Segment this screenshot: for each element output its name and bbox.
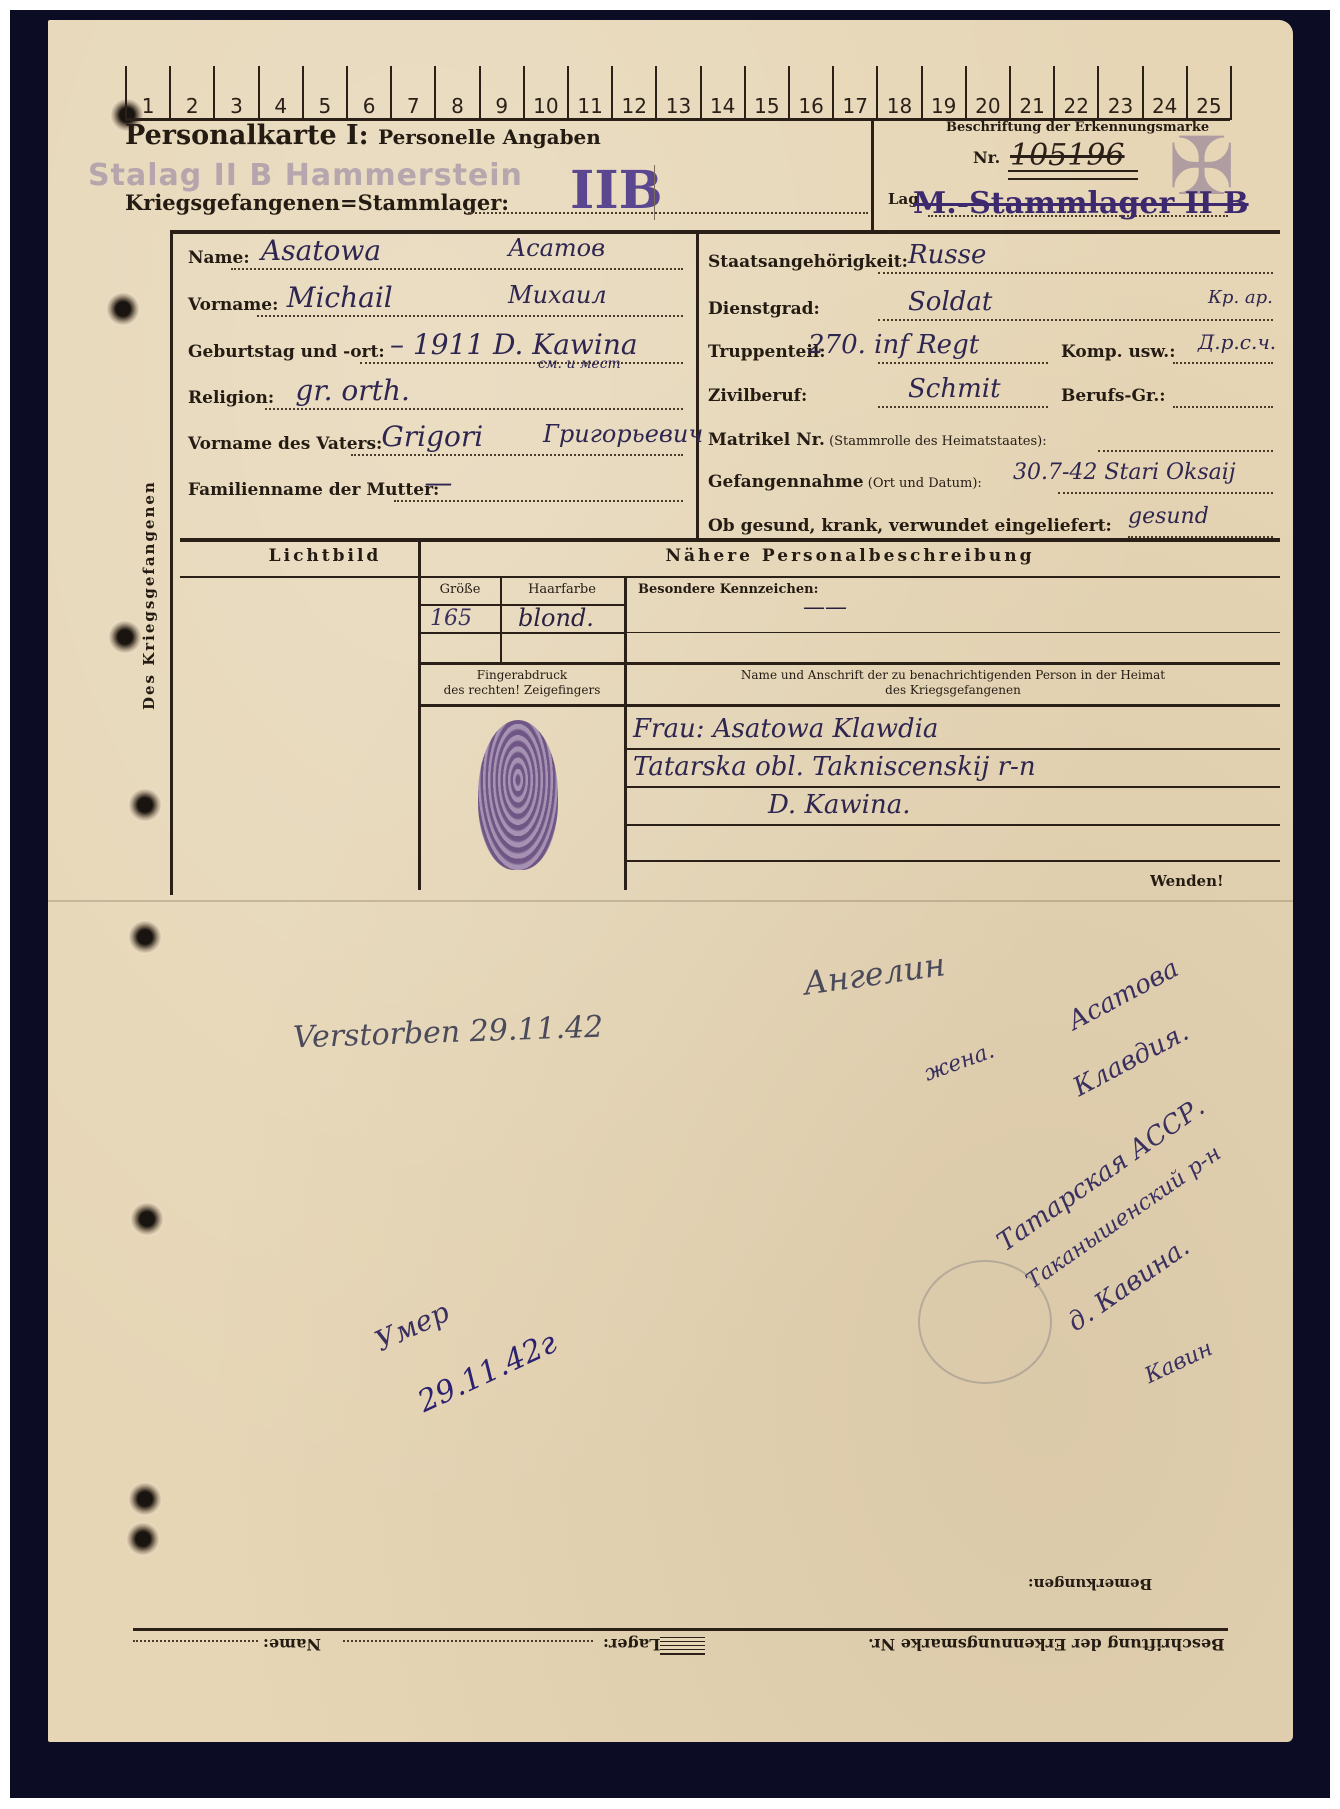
left-field-label: Religion: bbox=[188, 388, 274, 408]
right-field-value: Schmit bbox=[908, 374, 1001, 404]
left-field-line bbox=[257, 315, 683, 317]
ruler-cell-12: 12 bbox=[611, 66, 655, 120]
right-field-label-2: Komp. usw.: bbox=[1061, 342, 1176, 362]
ruler-cell-4: 4 bbox=[258, 66, 302, 120]
note-relative-line: жена. bbox=[921, 1038, 998, 1086]
right-field-line-2 bbox=[1173, 406, 1273, 408]
contact-rule bbox=[626, 824, 1280, 826]
ruler-cell-7: 7 bbox=[390, 66, 434, 120]
punch-hole bbox=[126, 1522, 160, 1556]
lower-grid-top bbox=[180, 538, 1280, 542]
tag-strike-line bbox=[1008, 170, 1138, 172]
tag-nr-value: 105196 bbox=[1010, 138, 1125, 173]
description-header: Nähere Personalbeschreibung bbox=[420, 546, 1280, 566]
personnel-card: 1234567891011121314151617181920212223242… bbox=[48, 20, 1293, 1742]
right-field-line bbox=[878, 362, 1048, 364]
fold-crease bbox=[48, 900, 1293, 902]
fingerprint-label-line: des rechten! Zeigefingers bbox=[420, 683, 624, 698]
camp-field-line bbox=[468, 212, 868, 214]
left-field-note: см. и мест bbox=[538, 356, 621, 372]
card-subtitle: Personelle Angaben bbox=[378, 125, 601, 149]
punch-hole bbox=[128, 1482, 162, 1516]
left-field-line bbox=[231, 268, 683, 270]
camp-label: Kriegsgefangenen=Stammlager: bbox=[125, 190, 509, 215]
ruler-cell-19: 19 bbox=[921, 66, 965, 120]
main-box-left bbox=[170, 230, 173, 895]
marks-value: —— bbox=[803, 595, 847, 620]
fingerprint-image bbox=[478, 720, 558, 870]
photo-header-line bbox=[180, 576, 420, 578]
lager-line-upside-down bbox=[343, 1640, 593, 1642]
left-field-value-cyrillic: Асатов bbox=[508, 234, 605, 262]
contact-label-line: des Kriegsgefangenen bbox=[626, 683, 1280, 698]
ruler-cell-6: 6 bbox=[346, 66, 390, 120]
right-field-label: Zivilberuf: bbox=[708, 386, 807, 406]
main-box-middle bbox=[696, 230, 699, 542]
grid-lower-line bbox=[420, 704, 1280, 707]
tag-strike-line bbox=[1008, 178, 1138, 180]
ruler-cell-8: 8 bbox=[434, 66, 478, 120]
right-field-line bbox=[878, 319, 1273, 321]
right-field-label: Staatsangehörigkeit: bbox=[708, 252, 908, 272]
marks-divider bbox=[624, 578, 627, 890]
tag-nr-label: Nr. bbox=[973, 148, 1000, 167]
contact-label-line: Name und Anschrift der zu benachrichtige… bbox=[626, 668, 1280, 683]
contact-label: Name und Anschrift der zu benachrichtige… bbox=[626, 668, 1280, 698]
card-title-text: Personalkarte I: bbox=[125, 120, 369, 151]
right-field-label-text: Ob gesund, krank, verwundet eingeliefert… bbox=[708, 516, 1112, 536]
punch-hole bbox=[128, 788, 162, 822]
side-label: Des Kriegsgefangenen bbox=[140, 480, 158, 710]
fingerprint-label: Fingerabdruck des rechten! Zeigefingers bbox=[420, 668, 624, 698]
contact-line-value: Tatarska obl. Takniscenskij r-n bbox=[633, 752, 1036, 782]
left-field-value-cyrillic: Григорьевич bbox=[543, 420, 703, 448]
turn-label: Wenden! bbox=[1150, 872, 1224, 890]
left-field-value: Michail bbox=[287, 281, 393, 314]
measure-row-line bbox=[420, 632, 624, 634]
right-field-line bbox=[1098, 450, 1273, 452]
right-field-label: Dienstgrad: bbox=[708, 299, 820, 319]
marks-label: Besondere Kennzeichen: bbox=[638, 582, 818, 597]
ruler-cell-23: 23 bbox=[1097, 66, 1141, 120]
ruler-cell-22: 22 bbox=[1053, 66, 1097, 120]
right-field-line-2 bbox=[1173, 362, 1273, 364]
bottom-rule bbox=[133, 1628, 1228, 1631]
hair-label: Haarfarbe bbox=[500, 582, 624, 597]
left-field-value: Asatowa bbox=[261, 234, 381, 267]
note-died-date: 29.11.42г bbox=[413, 1325, 563, 1420]
height-label: Größe bbox=[420, 582, 500, 597]
contact-rule bbox=[626, 786, 1280, 788]
punch-hole bbox=[128, 920, 162, 954]
right-field-value: 270. inf Regt bbox=[808, 330, 979, 360]
ruler-cell-11: 11 bbox=[567, 66, 611, 120]
right-field-label-small: (Stammrolle des Heimatstaates): bbox=[825, 434, 1047, 449]
left-field-label: Geburtstag und -ort: bbox=[188, 342, 385, 362]
grid-mid-line bbox=[420, 662, 1280, 665]
note-died: Умер bbox=[370, 1295, 455, 1358]
left-field-label: Vorname: bbox=[188, 295, 278, 315]
ruler-cell-17: 17 bbox=[832, 66, 876, 120]
right-field-label-small: (Ort und Datum): bbox=[864, 476, 982, 491]
left-field-line bbox=[265, 408, 683, 410]
name-label-upside-down: Name: bbox=[263, 1635, 321, 1654]
left-field-value: — bbox=[424, 466, 452, 499]
right-field-label-text: Zivilberuf: bbox=[708, 386, 807, 406]
ruler-cell-24: 24 bbox=[1142, 66, 1186, 120]
left-field-value-cyrillic: Михаил bbox=[508, 281, 607, 309]
fingerprint-label-line: Fingerabdruck bbox=[420, 668, 624, 683]
right-field-label-text: Matrikel Nr. bbox=[708, 430, 825, 450]
name-line-upside-down bbox=[133, 1640, 258, 1642]
hair-value: blond. bbox=[518, 604, 594, 632]
right-field-label-text: Staatsangehörigkeit: bbox=[708, 252, 908, 272]
ruler-end bbox=[1230, 66, 1232, 120]
right-field-line bbox=[878, 406, 1048, 408]
left-field-line bbox=[360, 362, 683, 364]
measure-divider bbox=[500, 578, 502, 664]
contact-line-value: D. Kawina. bbox=[768, 790, 910, 820]
left-field-label: Vorname des Vaters: bbox=[188, 434, 382, 454]
ruler-cell-18: 18 bbox=[876, 66, 920, 120]
ruler-cell-15: 15 bbox=[744, 66, 788, 120]
right-field-value: Soldat bbox=[908, 287, 992, 317]
ruler-cell-14: 14 bbox=[700, 66, 744, 120]
right-field-label: Ob gesund, krank, verwundet eingeliefert… bbox=[708, 516, 1112, 536]
right-field-note: Кр. ар. bbox=[1208, 287, 1273, 308]
note-relative-line: Кавин bbox=[1141, 1336, 1216, 1389]
ruler-cell-10: 10 bbox=[523, 66, 567, 120]
lager-lines-upside-down bbox=[660, 1637, 705, 1655]
height-value: 165 bbox=[430, 606, 472, 631]
description-header-line bbox=[420, 576, 1280, 578]
right-field-value: 30.7-42 Stari Oksaij bbox=[1013, 460, 1236, 485]
contact-line-value: Frau: Asatowa Klawdia bbox=[633, 714, 938, 744]
right-field-line bbox=[1058, 492, 1273, 494]
right-field-value-2: Д.р.с.ч. bbox=[1198, 330, 1276, 354]
left-field-value: gr. orth. bbox=[295, 374, 409, 407]
right-field-line bbox=[878, 272, 1273, 274]
ruler-cell-1: 1 bbox=[125, 66, 169, 120]
left-field-label: Name: bbox=[188, 248, 250, 268]
right-field-label-text: Dienstgrad: bbox=[708, 299, 820, 319]
punch-hole bbox=[106, 292, 140, 326]
right-field-label: Matrikel Nr. (Stammrolle des Heimatstaat… bbox=[708, 430, 1047, 450]
note-deceased: Verstorben 29.11.42 bbox=[292, 1010, 603, 1056]
right-field-value: Russe bbox=[908, 240, 986, 270]
left-field-label: Familienname der Mutter: bbox=[188, 480, 439, 500]
lager-label-upside-down: Lager: bbox=[603, 1635, 660, 1654]
punch-hole bbox=[108, 620, 142, 654]
ruler-cell-5: 5 bbox=[302, 66, 346, 120]
right-field-label-text: Gefangennahme bbox=[708, 472, 864, 492]
ruler-cell-16: 16 bbox=[788, 66, 832, 120]
ruler-cell-3: 3 bbox=[213, 66, 257, 120]
ruler-cell-20: 20 bbox=[965, 66, 1009, 120]
header-divider bbox=[871, 118, 874, 230]
ruler-cell-2: 2 bbox=[169, 66, 213, 120]
note-signature: Ангелин bbox=[801, 945, 947, 1002]
card-title: Personalkarte I: Personelle Angaben bbox=[125, 120, 601, 151]
right-field-value: gesund bbox=[1128, 504, 1209, 529]
tag-label-upside-down: Beschriftung der Erkennungsmarke Nr. bbox=[868, 1635, 1225, 1654]
ruler-cell-25: 25 bbox=[1186, 66, 1230, 120]
marks-line bbox=[626, 632, 1280, 633]
faded-camp-stamp: Stalag II B Hammerstein bbox=[88, 158, 523, 193]
contact-rule bbox=[626, 860, 1280, 862]
ruler-cell-21: 21 bbox=[1009, 66, 1053, 120]
round-stamp bbox=[918, 1260, 1052, 1384]
camp-bracket bbox=[654, 165, 655, 220]
remarks-label-upside-down: Bemerkungen: bbox=[1028, 1575, 1152, 1593]
left-field-value: Grigori bbox=[381, 420, 483, 453]
lager-stamp: M.-Stammlager II B bbox=[913, 186, 1249, 221]
right-field-label: Gefangennahme (Ort und Datum): bbox=[708, 472, 982, 492]
punch-hole bbox=[130, 1202, 164, 1236]
ruler-cell-13: 13 bbox=[655, 66, 699, 120]
camp-stamp-iib: IIB bbox=[570, 160, 663, 221]
ruler-cell-9: 9 bbox=[479, 66, 523, 120]
left-field-line bbox=[394, 500, 683, 502]
contact-rule bbox=[626, 748, 1280, 750]
right-field-label-2: Berufs-Gr.: bbox=[1061, 386, 1166, 406]
left-field-line bbox=[351, 454, 683, 456]
